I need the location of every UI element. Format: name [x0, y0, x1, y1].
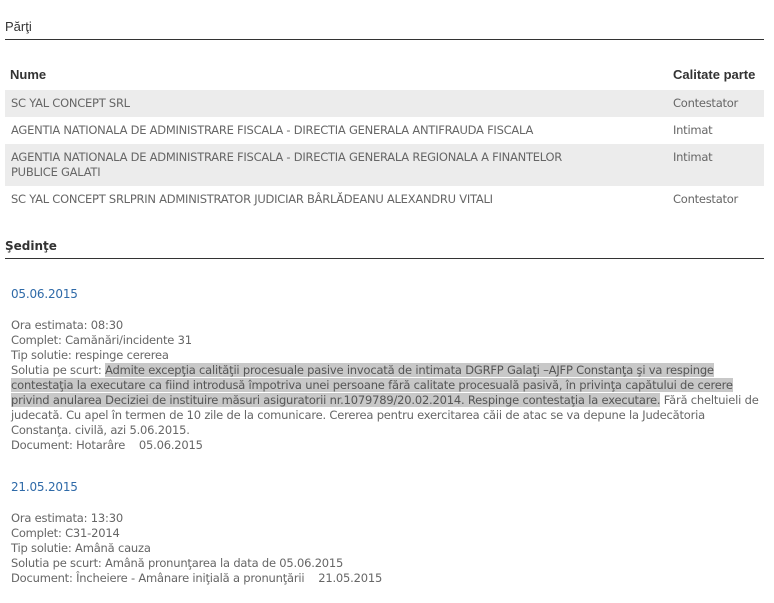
column-header-calitate: Calitate parte: [671, 62, 764, 90]
table-row: SC YAL CONCEPT SRL Contestator: [5, 90, 764, 117]
table-row: SC YAL CONCEPT SRLPRIN ADMINISTRATOR JUD…: [5, 186, 764, 213]
complet: Complet: C31-2014: [11, 526, 766, 541]
column-header-nume: Nume: [5, 62, 671, 90]
sedinta-date[interactable]: 21.05.2015: [11, 480, 766, 495]
solutie-pe-scurt: Solutia pe scurt: Amână pronunţarea la d…: [11, 556, 766, 571]
ora-estimata: Ora estimata: 13:30: [11, 511, 766, 526]
ora-estimata: Ora estimata: 08:30: [11, 318, 766, 333]
sedinta-item: 21.05.2015 Ora estimata: 13:30 Complet: …: [11, 480, 766, 586]
solutie-label: Solutia pe scurt:: [11, 363, 105, 377]
solutie-highlighted-text: Admite excepţia calităţii procesuale pas…: [11, 363, 733, 407]
party-name: SC YAL CONCEPT SRLPRIN ADMINISTRATOR JUD…: [5, 186, 671, 213]
party-role: Intimat: [671, 144, 764, 186]
party-name: AGENTIA NATIONALA DE ADMINISTRARE FISCAL…: [5, 144, 671, 186]
section-title-parti: Părţi: [5, 19, 764, 40]
complet: Complet: Camănări/incidente 31: [11, 333, 766, 348]
document-label: Document: Încheiere - Amânare iniţială a…: [11, 571, 304, 585]
document: Document: Hotarâre 05.06.2015: [11, 438, 766, 453]
party-role: Contestator: [671, 186, 764, 213]
solutie-text: Amână pronunţarea la data de 05.06.2015: [105, 556, 343, 570]
sedinta-item: 05.06.2015 Ora estimata: 08:30 Complet: …: [11, 287, 766, 453]
solutie-label: Solutia pe scurt:: [11, 556, 105, 570]
document: Document: Încheiere - Amânare iniţială a…: [11, 571, 766, 586]
solutie-pe-scurt: Solutia pe scurt: Admite excepţia calită…: [11, 363, 766, 438]
tip-solutie: Tip solutie: respinge cererea: [11, 348, 766, 363]
table-header-row: Nume Calitate parte: [5, 62, 764, 90]
parti-table: Nume Calitate parte SC YAL CONCEPT SRL C…: [5, 62, 764, 213]
party-name: SC YAL CONCEPT SRL: [5, 90, 671, 117]
party-name: AGENTIA NATIONALA DE ADMINISTRARE FISCAL…: [5, 117, 671, 144]
table-row: AGENTIA NATIONALA DE ADMINISTRARE FISCAL…: [5, 144, 764, 186]
document-date: 05.06.2015: [139, 438, 203, 452]
tip-solutie: Tip solutie: Amână cauza: [11, 541, 766, 556]
section-title-sedinte: Şedinţe: [5, 239, 764, 259]
party-role: Contestator: [671, 90, 764, 117]
document-date: 21.05.2015: [318, 571, 382, 585]
table-row: AGENTIA NATIONALA DE ADMINISTRARE FISCAL…: [5, 117, 764, 144]
party-role: Intimat: [671, 117, 764, 144]
document-label: Document: Hotarâre: [11, 438, 125, 452]
sedinta-date[interactable]: 05.06.2015: [11, 287, 766, 302]
